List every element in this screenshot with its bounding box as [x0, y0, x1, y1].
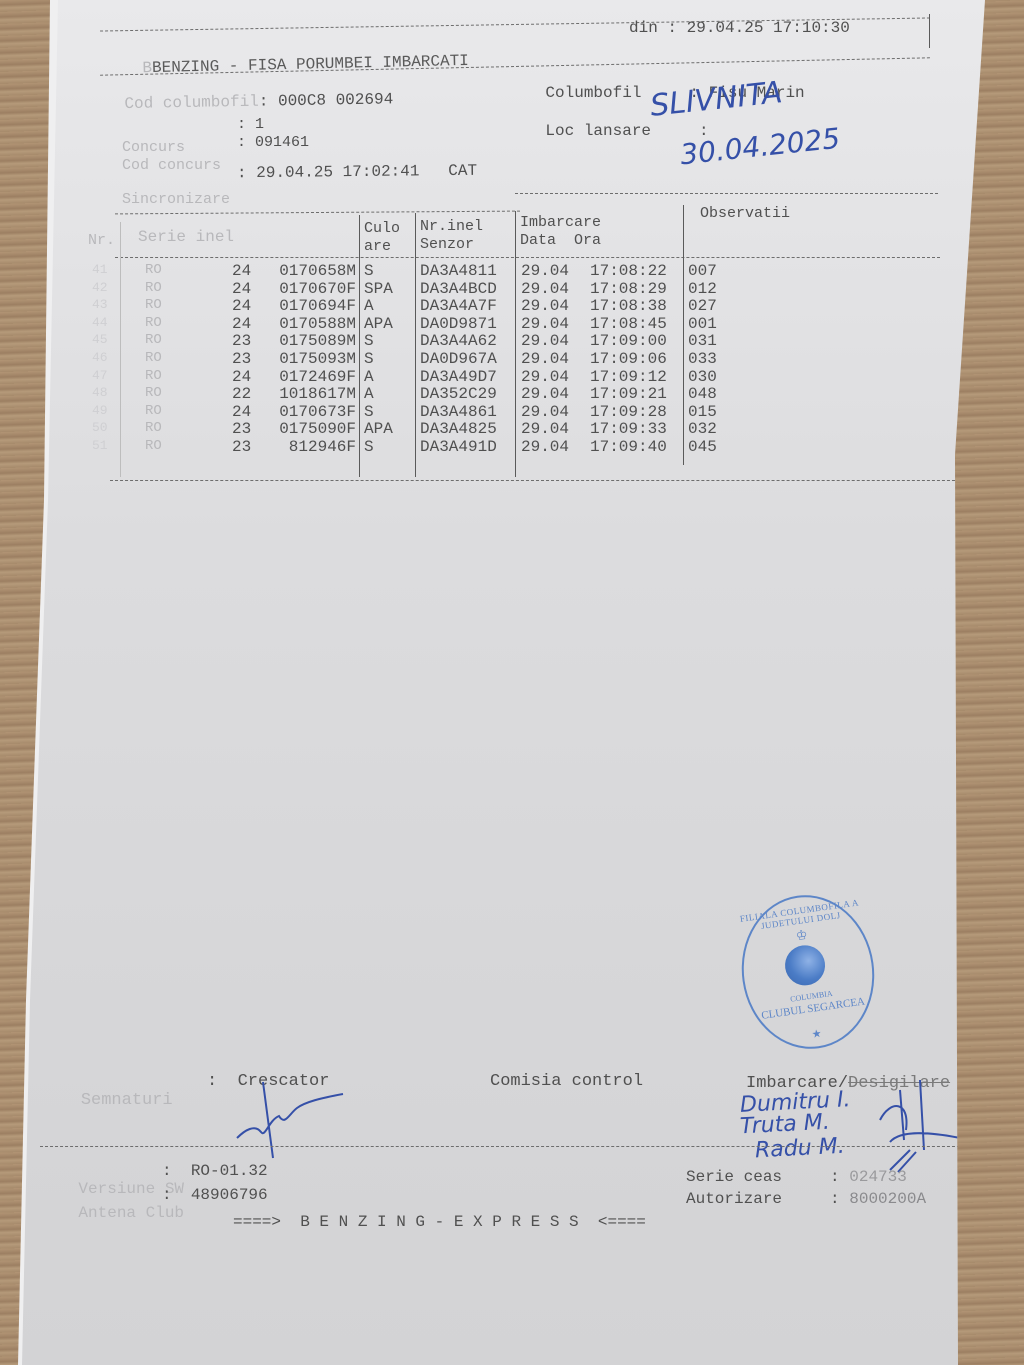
table-header-bottom-border [115, 257, 940, 258]
row-ring-serial: 0170694F [260, 297, 356, 315]
row-date: 29.04 [521, 315, 569, 333]
row-number: 46 [92, 350, 108, 365]
serie-ceas-label: Serie ceas [686, 1168, 782, 1186]
row-number: 47 [92, 368, 108, 383]
benzing-express-brand-line: ====> B E N Z I N G - E X P R E S S <===… [233, 1213, 646, 1231]
row-color: A [364, 297, 374, 315]
cod-columbofil-label: Cod columbofil [124, 93, 259, 113]
signatures-divider [40, 1146, 970, 1147]
row-year: 22 [232, 385, 251, 403]
serie-ceas-value: 024733 [849, 1168, 907, 1186]
table-row: 43RO240170694FADA3A4A7F29.0417:08:38027 [0, 297, 1024, 315]
columbofil-label: Columbofil [545, 84, 641, 102]
row-color: S [364, 350, 374, 368]
row-observation: 033 [688, 350, 717, 368]
row-year: 24 [232, 403, 251, 421]
row-country: RO [145, 438, 162, 454]
row-year: 23 [232, 350, 251, 368]
signatures-label-row: Semnaturi [40, 1072, 173, 1129]
row-date: 29.04 [521, 403, 569, 421]
autorizare-value: 8000200A [849, 1190, 926, 1208]
row-observation: 007 [688, 262, 717, 280]
concurs-value: 1 [255, 116, 264, 133]
row-country: RO [145, 420, 162, 436]
row-ring-serial: 0170658M [260, 262, 356, 280]
commission-signature-scribble-icon [870, 1080, 1024, 1180]
document-sheet: BBENZING - FISA PORUMBEI IMBARCATI din :… [0, 0, 1024, 1365]
row-year: 24 [232, 368, 251, 386]
row-ring-serial: 0170670F [260, 280, 356, 298]
row-sensor-ring: DA0D9871 [420, 315, 497, 333]
row-color: S [364, 332, 374, 350]
row-number: 51 [92, 438, 108, 453]
stamp-crown-icon: ♔ [795, 927, 809, 944]
row-color: APA [364, 315, 393, 333]
versiune-value-row: : RO-01.32 [162, 1162, 268, 1180]
loc-lansare-label: Loc lansare [545, 122, 651, 140]
table-row: 46RO230175093MSDA0D967A29.0417:09:06033 [0, 350, 1024, 368]
col-header-serie-inel: Serie inel [138, 228, 234, 246]
row-date: 29.04 [521, 350, 569, 368]
col-header-culoare-2: are [364, 238, 391, 255]
row-time: 17:08:38 [590, 297, 667, 315]
row-year: 24 [232, 297, 251, 315]
autorizare-label: Autorizare [686, 1190, 782, 1208]
table-row: 45RO230175089MSDA3A4A6229.0417:09:00031 [0, 332, 1024, 350]
row-sensor-ring: DA0D967A [420, 350, 497, 368]
row-ring-serial: 1018617M [260, 385, 356, 403]
col-header-culoare-1: Culo [364, 220, 400, 237]
row-ring-serial: 0170588M [260, 315, 356, 333]
row-number: 44 [92, 315, 108, 330]
signatures-label: Semnaturi [81, 1091, 173, 1110]
sincronizare-value-row: : 29.04.25 17:02:41 CAT [237, 162, 477, 183]
row-year: 24 [232, 280, 251, 298]
row-date: 29.04 [521, 280, 569, 298]
club-stamp: FILIALA COLUMBOFILA A JUDETULUI DOLJ ♔ C… [732, 887, 884, 1058]
row-sensor-ring: DA3A49D7 [420, 368, 497, 386]
row-year: 24 [232, 262, 251, 280]
row-date: 29.04 [521, 438, 569, 456]
sincronizare-value: 29.04.25 17:02:41 [256, 162, 419, 182]
row-ring-serial: 0175089M [260, 332, 356, 350]
row-ring-serial: 0175093M [260, 350, 356, 368]
row-number: 43 [92, 297, 108, 312]
antena-value-row: : 48906796 [162, 1186, 268, 1204]
row-number: 48 [92, 385, 108, 400]
handwritten-name-3: Radu M. [754, 1134, 845, 1164]
row-country: RO [145, 262, 162, 278]
stamp-pigeon-emblem-icon [782, 943, 827, 988]
sincronizare-row: Sincronizare [86, 174, 230, 225]
col-header-nr: Nr. [88, 232, 115, 249]
row-color: S [364, 403, 374, 421]
table-row: 49RO240170673FSDA3A486129.0417:09:28015 [0, 403, 1024, 421]
printed-at-label: din [629, 19, 658, 37]
row-color: A [364, 385, 374, 403]
row-time: 17:09:40 [590, 438, 667, 456]
row-time: 17:09:33 [590, 420, 667, 438]
sincronizare-label: Sincronizare [122, 191, 230, 208]
row-number: 42 [92, 280, 108, 295]
autorizare-row: Autorizare : 8000200A [686, 1190, 926, 1208]
signature-comisia-label: Comisia control [490, 1072, 643, 1091]
antena-value: 48906796 [191, 1186, 268, 1204]
row-sensor-ring: DA3A4811 [420, 262, 497, 280]
row-country: RO [145, 403, 162, 419]
table-row: 47RO240172469FADA3A49D729.0417:09:12030 [0, 368, 1024, 386]
row-time: 17:09:12 [590, 368, 667, 386]
row-country: RO [145, 315, 162, 331]
row-country: RO [145, 280, 162, 296]
row-time: 17:08:22 [590, 262, 667, 280]
row-observation: 048 [688, 385, 717, 403]
row-observation: 032 [688, 420, 717, 438]
row-country: RO [145, 332, 162, 348]
row-observation: 015 [688, 403, 717, 421]
row-country: RO [145, 350, 162, 366]
col-header-imbarcare-1: Imbarcare [520, 214, 601, 231]
row-color: S [364, 262, 374, 280]
table-row: 44RO240170588MAPADA0D987129.0417:08:4500… [0, 315, 1024, 333]
row-number: 49 [92, 403, 108, 418]
row-sensor-ring: DA3A491D [420, 438, 497, 456]
title-faded-prefix: B [142, 59, 152, 77]
table-bottom-border [110, 480, 970, 481]
row-sensor-ring: DA3A4A62 [420, 332, 497, 350]
row-ring-serial: 0172469F [260, 368, 356, 386]
row-number: 45 [92, 332, 108, 347]
row-year: 24 [232, 315, 251, 333]
row-observation: 030 [688, 368, 717, 386]
row-ring-serial: 812946F [260, 438, 356, 456]
row-sensor-ring: DA352C29 [420, 385, 497, 403]
row-time: 17:09:21 [590, 385, 667, 403]
table-row: 51RO23812946FSDA3A491D29.0417:09:40045 [0, 438, 1024, 456]
col-header-observatii: Observatii [700, 205, 790, 222]
cod-concurs-value-row: : 091461 [237, 134, 309, 151]
table-top-border-right [515, 193, 938, 194]
table-row: 42RO240170670FSPADA3A4BCD29.0417:08:2901… [0, 280, 1024, 298]
row-year: 23 [232, 438, 251, 456]
row-time: 17:09:06 [590, 350, 667, 368]
row-color: SPA [364, 280, 393, 298]
row-number: 50 [92, 420, 108, 435]
printed-at-value: 29.04.25 17:10:30 [687, 19, 850, 37]
header-right-border [929, 14, 930, 48]
row-observation: 001 [688, 315, 717, 333]
antena-label: Antena Club [78, 1204, 184, 1222]
row-date: 29.04 [521, 420, 569, 438]
row-time: 17:09:28 [590, 403, 667, 421]
row-country: RO [145, 297, 162, 313]
row-color: A [364, 368, 374, 386]
row-color: S [364, 438, 374, 456]
row-sensor-ring: DA3A4825 [420, 420, 497, 438]
row-country: RO [145, 385, 162, 401]
row-ring-serial: 0175090F [260, 420, 356, 438]
row-sensor-ring: DA3A4A7F [420, 297, 497, 315]
col-header-nr-inel-1: Nr.inel [420, 218, 483, 235]
row-time: 17:09:00 [590, 332, 667, 350]
row-time: 17:08:45 [590, 315, 667, 333]
row-year: 23 [232, 332, 251, 350]
concurs-value-row: : 1 [237, 116, 264, 133]
row-date: 29.04 [521, 385, 569, 403]
row-country: RO [145, 368, 162, 384]
cod-columbofil-value: 000C8 002694 [278, 90, 394, 110]
table-row: 41RO240170658MSDA3A481129.0417:08:22007 [0, 262, 1024, 280]
cod-concurs-label: Cod concurs [122, 157, 221, 174]
row-ring-serial: 0170673F [260, 403, 356, 421]
col-header-nr-inel-2: Senzor [420, 236, 474, 253]
row-color: APA [364, 420, 393, 438]
sincronizare-suffix: CAT [448, 162, 477, 180]
col-header-imbarcare-2: Data Ora [520, 232, 601, 249]
row-sensor-ring: DA3A4BCD [420, 280, 497, 298]
printed-at: din : 29.04.25 17:10:30 [629, 19, 850, 37]
row-observation: 012 [688, 280, 717, 298]
row-observation: 031 [688, 332, 717, 350]
row-number: 41 [92, 262, 108, 277]
table-row: 48RO221018617MADA352C2929.0417:09:21048 [0, 385, 1024, 403]
serie-ceas-row: Serie ceas : 024733 [686, 1168, 907, 1186]
row-year: 23 [232, 420, 251, 438]
row-date: 29.04 [521, 297, 569, 315]
row-date: 29.04 [521, 332, 569, 350]
row-observation: 027 [688, 297, 717, 315]
table-row: 50RO230175090FAPADA3A482529.0417:09:3303… [0, 420, 1024, 438]
row-time: 17:08:29 [590, 280, 667, 298]
row-date: 29.04 [521, 262, 569, 280]
row-observation: 045 [688, 438, 717, 456]
cod-concurs-value: 091461 [255, 134, 309, 151]
row-sensor-ring: DA3A4861 [420, 403, 497, 421]
versiune-value: RO-01.32 [191, 1162, 268, 1180]
stamp-star-icon: ★ [752, 1019, 881, 1050]
row-date: 29.04 [521, 368, 569, 386]
crescator-signature-scribble-icon [225, 1080, 355, 1160]
